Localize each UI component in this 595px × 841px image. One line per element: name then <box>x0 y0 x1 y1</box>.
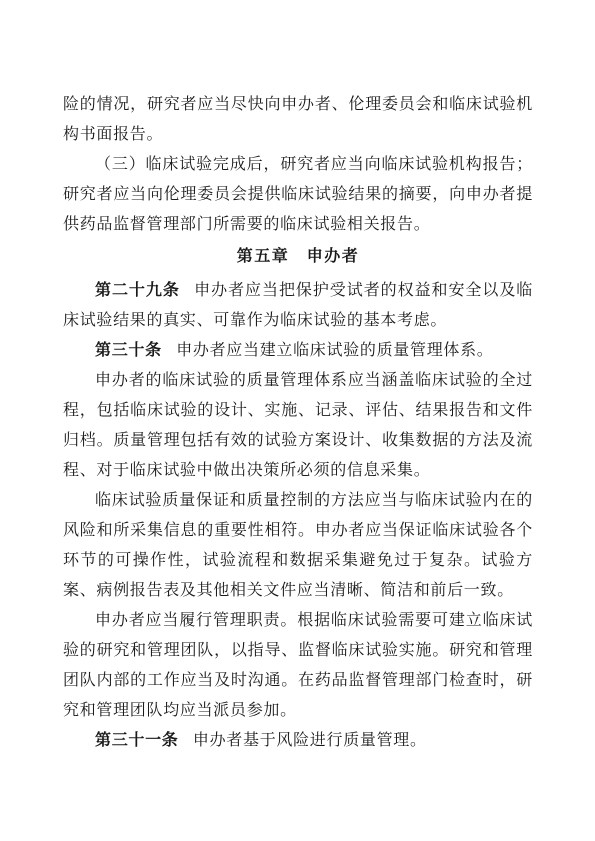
article-label: 第三十一条 <box>95 732 179 749</box>
body-paragraph: 临床试验质量保证和质量控制的方法应当与临床试验内在的风险和所采集信息的重要性相符… <box>63 486 533 606</box>
article-label: 第二十九条 <box>95 282 180 299</box>
article-text: 申办者基于风险进行质量管理。 <box>193 732 427 749</box>
body-paragraph: 申办者的临床试验的质量管理体系应当涵盖临床试验的全过程，包括临床试验的设计、实施… <box>63 366 533 486</box>
document-page: 险的情况，研究者应当尽快向申办者、伦理委员会和临床试验机构书面报告。（三）临床试… <box>0 0 595 841</box>
article-text: 申办者应当建立临床试验的质量管理体系。 <box>176 342 493 359</box>
article-paragraph: 第三十一条申办者基于风险进行质量管理。 <box>63 726 533 756</box>
body-paragraph: 申办者应当履行管理职责。根据临床试验需要可建立临床试验的研究和管理团队，以指导、… <box>63 606 533 726</box>
body-paragraph: （三）临床试验完成后，研究者应当向临床试验机构报告；研究者应当向伦理委员会提供临… <box>63 150 533 240</box>
document-content: 险的情况，研究者应当尽快向申办者、伦理委员会和临床试验机构书面报告。（三）临床试… <box>63 90 533 756</box>
article-label: 第三十条 <box>95 342 162 359</box>
chapter-heading: 第五章 申办者 <box>63 242 533 272</box>
article-paragraph: 第二十九条申办者应当把保护受试者的权益和安全以及临床试验结果的真实、可靠作为临床… <box>63 276 533 336</box>
body-paragraph: 险的情况，研究者应当尽快向申办者、伦理委员会和临床试验机构书面报告。 <box>63 90 533 150</box>
article-paragraph: 第三十条申办者应当建立临床试验的质量管理体系。 <box>63 336 533 366</box>
